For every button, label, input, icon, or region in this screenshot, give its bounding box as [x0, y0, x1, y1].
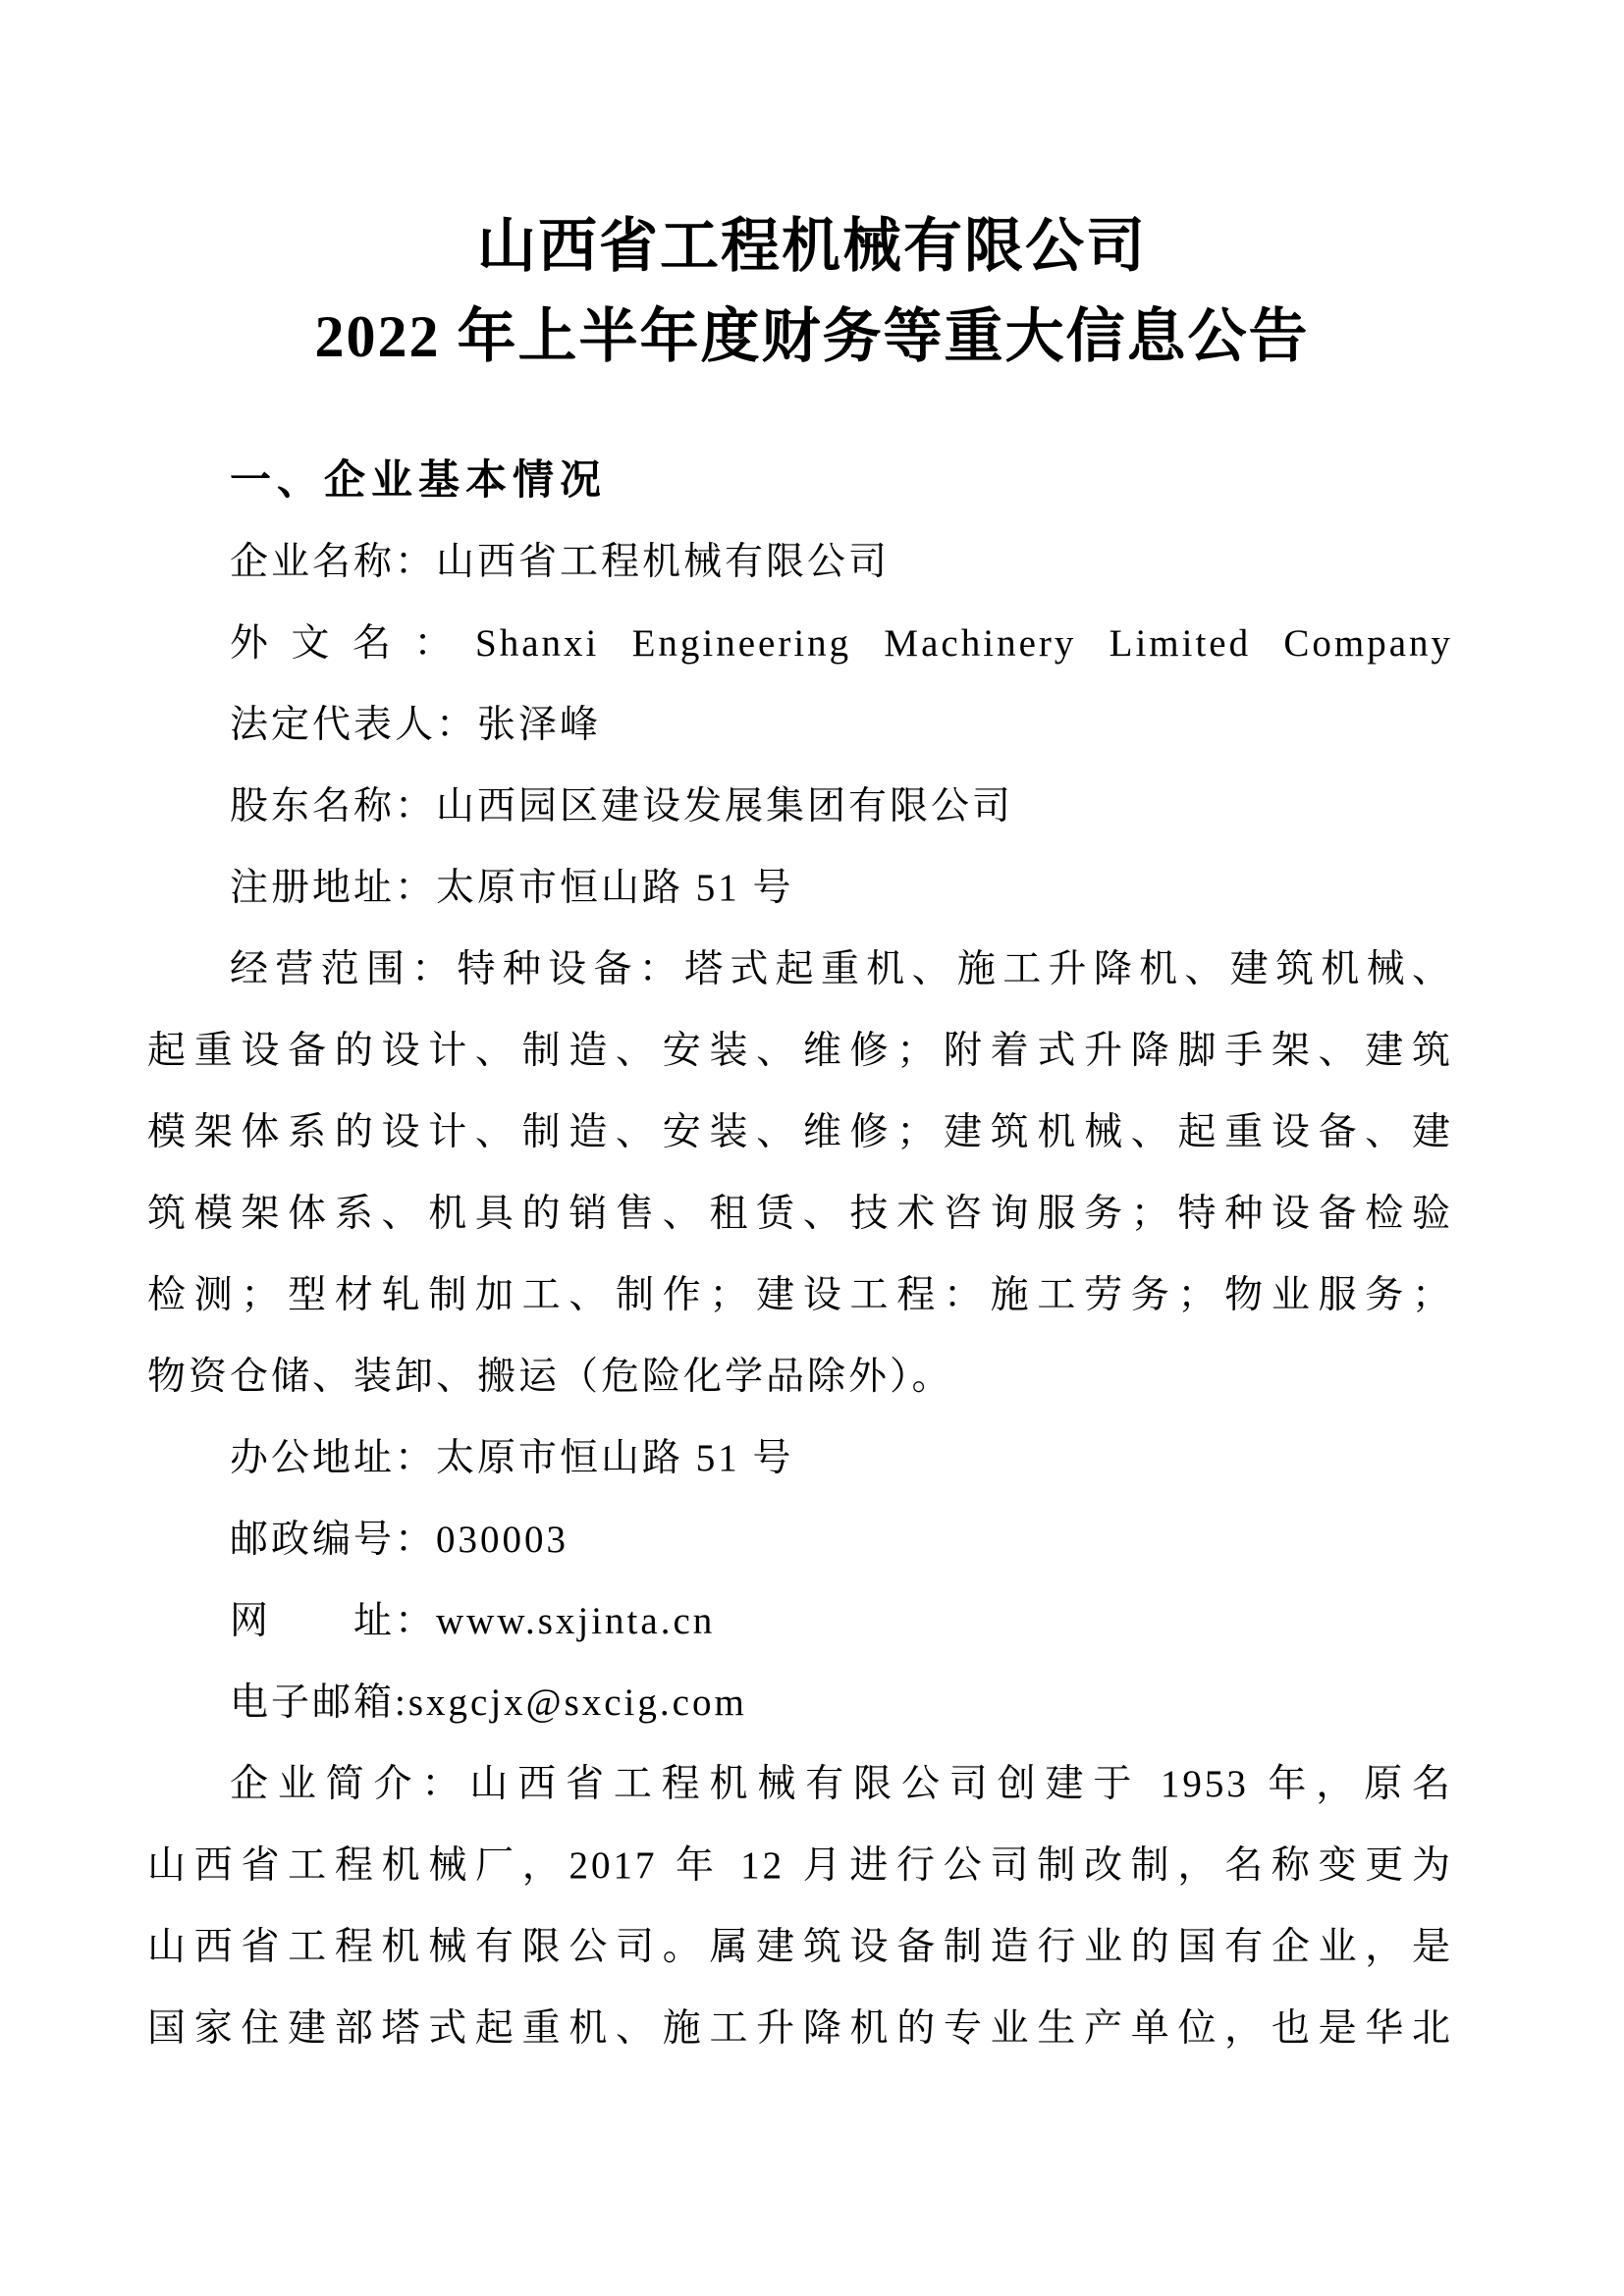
- text-line: 办公地址：太原市恒山路 51 号: [147, 1417, 1453, 1499]
- document-title-line-1: 山西省工程机械有限公司: [0, 201, 1624, 292]
- text-line: 邮政编号：030003: [147, 1499, 1453, 1580]
- text-line: 企业简介：山西省工程机械有限公司创建于 1953 年，原名: [147, 1743, 1453, 1825]
- text-line: 山西省工程机械厂，2017 年 12 月进行公司制改制，名称变更为: [147, 1825, 1453, 1906]
- paragraph-lines: 企业名称：山西省工程机械有限公司外文名：Shanxi Engineering M…: [147, 521, 1453, 2069]
- text-line: 筑模架体系、机具的销售、租赁、技术咨询服务；特种设备检验: [147, 1173, 1453, 1255]
- text-line: 股东名称：山西园区建设发展集团有限公司: [147, 766, 1453, 847]
- text-line: 电子邮箱:sxgcjx@sxcig.com: [147, 1662, 1453, 1743]
- section-heading: 一、企业基本情况: [147, 439, 1453, 521]
- text-line: 起重设备的设计、制造、安装、维修；附着式升降脚手架、建筑: [147, 1010, 1453, 1092]
- text-line: 山西省工程机械有限公司。属建筑设备制造行业的国有企业，是: [147, 1906, 1453, 1988]
- text-line: 物资仓储、装卸、搬运（危险化学品除外）。: [147, 1336, 1453, 1417]
- text-line: 经营范围：特种设备：塔式起重机、施工升降机、建筑机械、: [147, 929, 1453, 1010]
- text-line: 网 址：www.sxjinta.cn: [147, 1580, 1453, 1662]
- text-line: 国家住建部塔式起重机、施工升降机的专业生产单位，也是华北: [147, 1988, 1453, 2069]
- document-body: 一、企业基本情况 企业名称：山西省工程机械有限公司外文名：Shanxi Engi…: [147, 439, 1453, 2069]
- document-page: 山西省工程机械有限公司 2022 年上半年度财务等重大信息公告 一、企业基本情况…: [0, 0, 1624, 2296]
- document-title: 山西省工程机械有限公司 2022 年上半年度财务等重大信息公告: [0, 0, 1624, 382]
- text-line: 外文名：Shanxi Engineering Machinery Limited…: [147, 603, 1453, 684]
- text-line: 注册地址：太原市恒山路 51 号: [147, 847, 1453, 929]
- text-line: 检测；型材轧制加工、制作；建设工程：施工劳务；物业服务；: [147, 1255, 1453, 1336]
- document-title-line-2: 2022 年上半年度财务等重大信息公告: [0, 292, 1624, 382]
- text-line: 法定代表人：张泽峰: [147, 684, 1453, 766]
- text-line: 企业名称：山西省工程机械有限公司: [147, 521, 1453, 603]
- text-line: 模架体系的设计、制造、安装、维修；建筑机械、起重设备、建: [147, 1092, 1453, 1173]
